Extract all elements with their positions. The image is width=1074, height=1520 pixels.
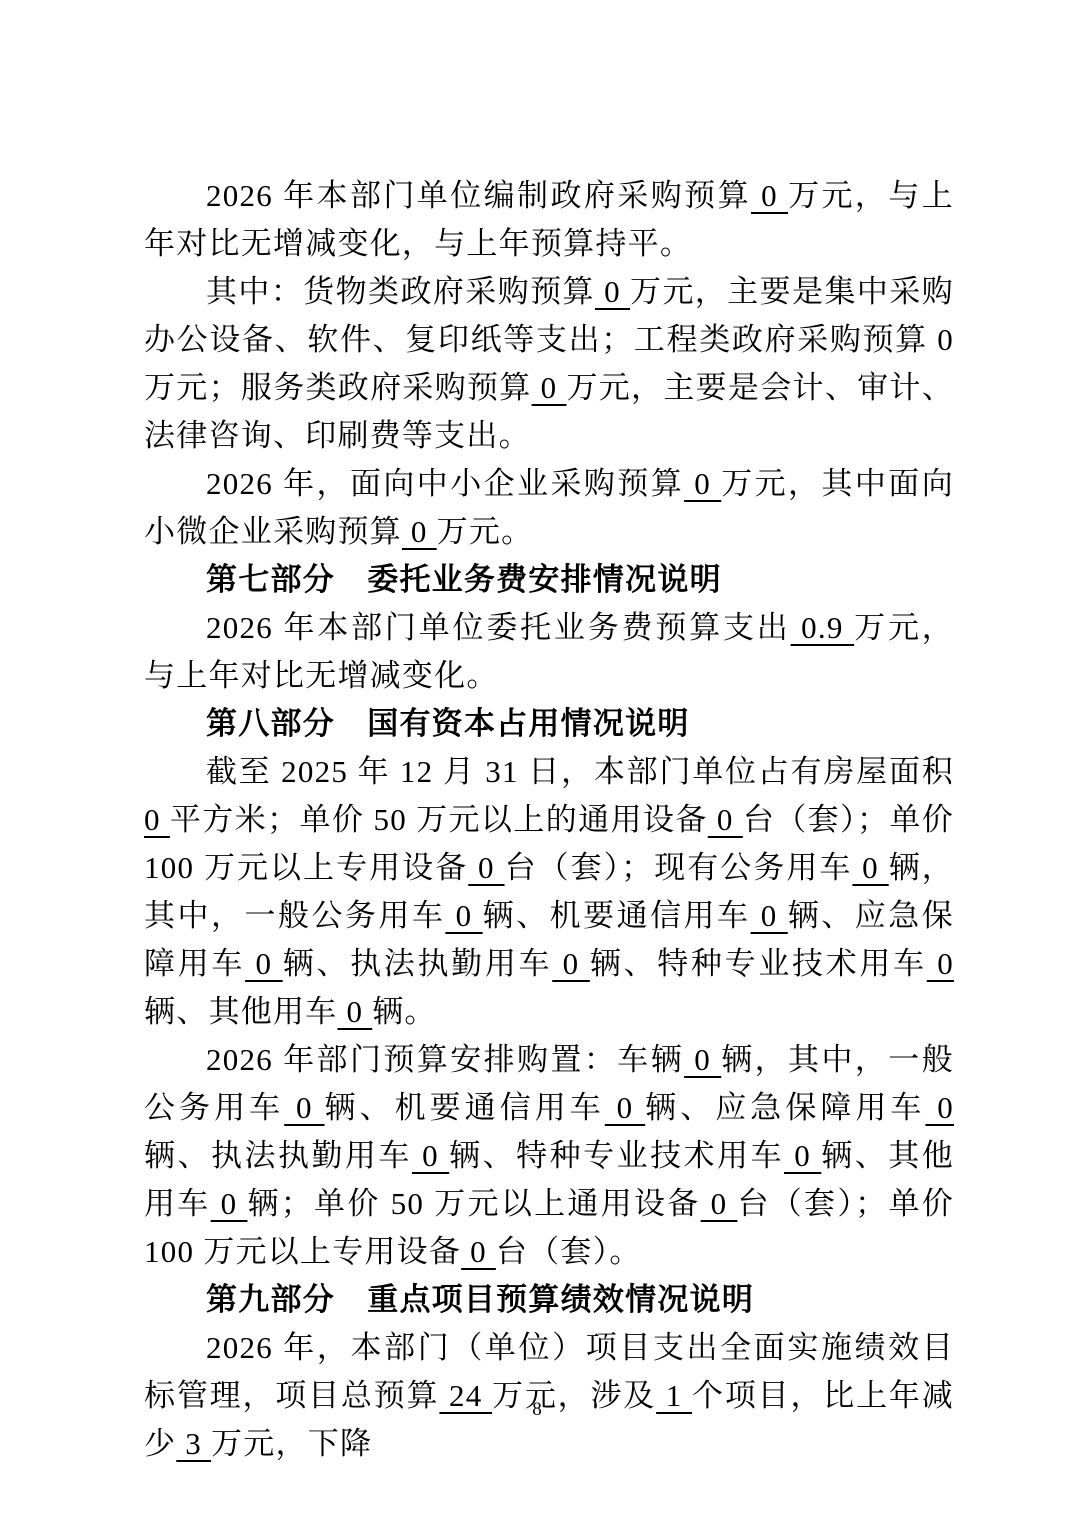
text-run: 截至 2025 年 12 月 31 日，本部门单位占有房屋面积 (206, 754, 954, 789)
text-run: 辆；单价 50 万元以上通用设备 (247, 1186, 700, 1221)
underlined-value: 0 (927, 946, 954, 981)
text-run: 平方米；单价 50 万元以上的通用设备 (170, 802, 708, 837)
text-run: 其中：货物类政府采购预算 (206, 274, 595, 309)
underlined-value: 0 (445, 898, 482, 933)
underlined-value: 0 (751, 898, 788, 933)
paragraph: 截至 2025 年 12 月 31 日，本部门单位占有房屋面积 0 平方米；单价… (144, 748, 954, 1036)
text-run: 第七部分 委托业务费安排情况说明 (206, 562, 722, 597)
underlined-value: 0 (852, 850, 888, 885)
text-run: 万元，下降 (211, 1426, 372, 1461)
underlined-value: 0 (708, 802, 743, 837)
section-heading: 第九部分 重点项目预算绩效情况说明 (144, 1276, 954, 1324)
document-page: 2026 年本部门单位编制政府采购预算 0 万元，与上年对比无增减变化，与上年预… (0, 0, 1074, 1520)
underlined-value: 0 (784, 1138, 821, 1173)
text-run: 辆、机要通信用车 (483, 898, 751, 933)
text-run: 2026 年部门预算安排购置：车辆 (206, 1042, 684, 1077)
text-run: 万元。 (437, 514, 534, 549)
underlined-value: 0 (284, 1090, 324, 1125)
underlined-value: 0 (684, 1042, 721, 1077)
underlined-value: 0 (925, 1090, 954, 1125)
page-footer: 8 (0, 1398, 1074, 1422)
underlined-value: 0 (684, 466, 721, 501)
underlined-value: 0 (605, 1090, 645, 1125)
text-run: 2026 年，面向中小企业采购预算 (206, 466, 684, 501)
underlined-value: 0 (211, 1186, 248, 1221)
text-run: 辆、特种专业技术用车 (449, 1138, 784, 1173)
underlined-value: 0 (402, 514, 437, 549)
underlined-value: 3 (176, 1426, 211, 1461)
text-run: 台（套）。 (496, 1234, 642, 1269)
page-number: 8 (532, 1399, 542, 1420)
underlined-value: 0.9 (791, 610, 855, 645)
underlined-value: 0 (468, 850, 504, 885)
text-run: 2026 年本部门单位编制政府采购预算 (206, 178, 751, 213)
underlined-value: 0 (245, 946, 283, 981)
underlined-value: 0 (532, 370, 567, 405)
underlined-value: 0 (701, 1186, 738, 1221)
underlined-value: 0 (751, 178, 788, 213)
underlined-value: 0 (337, 994, 372, 1029)
underlined-value: 0 (461, 1234, 496, 1269)
text-run: 辆、特种专业技术用车 (590, 946, 927, 981)
text-run: 台（套）；现有公务用车 (505, 850, 853, 885)
paragraph: 2026 年部门预算安排购置：车辆 0 辆，其中，一般公务用车 0 辆、机要通信… (144, 1036, 954, 1276)
text-run: 辆、应急保障用车 (645, 1090, 925, 1125)
underlined-value: 0 (595, 274, 630, 309)
paragraph: 2026 年，面向中小企业采购预算 0 万元，其中面向小微企业采购预算 0 万元… (144, 460, 954, 556)
paragraph: 其中：货物类政府采购预算 0 万元，主要是集中采购办公设备、软件、复印纸等支出；… (144, 268, 954, 460)
text-run: 2026 年本部门单位委托业务费预算支出 (206, 610, 791, 645)
paragraph: 2026 年本部门单位委托业务费预算支出 0.9 万元，与上年对比无增减变化。 (144, 604, 954, 700)
section-heading: 第七部分 委托业务费安排情况说明 (144, 556, 954, 604)
text-run: 辆、执法执勤用车 (144, 1138, 412, 1173)
underlined-value: 0 (552, 946, 590, 981)
text-run: 辆、执法执勤用车 (283, 946, 553, 981)
text-run: 辆、其他用车 (144, 994, 337, 1029)
paragraph: 2026 年本部门单位编制政府采购预算 0 万元，与上年对比无增减变化，与上年预… (144, 172, 954, 268)
section-heading: 第八部分 国有资本占用情况说明 (144, 700, 954, 748)
underlined-value: 0 (412, 1138, 449, 1173)
text-run: 第九部分 重点项目预算绩效情况说明 (206, 1282, 754, 1317)
text-run: 辆、机要通信用车 (325, 1090, 605, 1125)
paragraph: 2026 年，本部门（单位）项目支出全面实施绩效目标管理，项目总预算 24 万元… (144, 1324, 954, 1468)
underlined-value: 0 (144, 802, 170, 837)
text-run: 辆。 (372, 994, 436, 1029)
text-run: 第八部分 国有资本占用情况说明 (206, 706, 690, 741)
document-body: 2026 年本部门单位编制政府采购预算 0 万元，与上年对比无增减变化，与上年预… (144, 172, 954, 1468)
